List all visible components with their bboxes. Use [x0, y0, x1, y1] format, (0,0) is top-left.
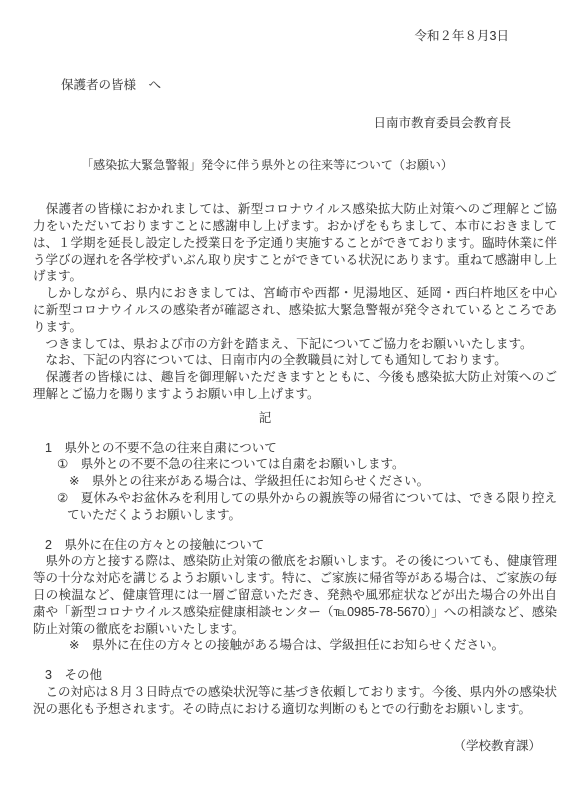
document-title: 「感染拡大緊急警報」発令に伴う県外との往来等について（お願い）: [33, 157, 557, 174]
body-paragraph: つきましては、県および市の方針を踏まえ、下記についてご協力をお願いいたします。: [33, 336, 557, 353]
ki-marker: 記: [33, 410, 557, 427]
scanned-letter-page: 令和２年８月3日 保護者の皆様 へ 日南市教育委員会教育長 「感染拡大緊急警報」…: [33, 28, 557, 754]
body-paragraphs-container: 保護者の皆様におかれましては、新型コロナウイルス感染拡大防止対策へのご理解とご協…: [33, 201, 557, 403]
salutation: 保護者の皆様 へ: [33, 77, 557, 94]
body-paragraph: 保護者の皆様におかれましては、新型コロナウイルス感染拡大防止対策へのご理解とご協…: [33, 201, 557, 285]
date-line: 令和２年８月3日: [33, 28, 557, 45]
sections-container: 1 県外との不要不急の往来自粛について① 県外との不要不急の往来については自粛を…: [33, 440, 557, 718]
section: 3 その他 この対応は８月３日時点での感染状況等に基づき依頼しております。今後、…: [33, 667, 557, 717]
section-item-numbered: ① 県外との不要不急の往来については自粛をお願いします。: [33, 456, 557, 473]
section-item-paragraph: この対応は８月３日時点での感染状況等に基づき依頼しております。今後、県内外の感染…: [33, 684, 557, 718]
section: 2 県外に在住の方々との接触について 県外の方と接する際は、感染防止対策の徹底を…: [33, 537, 557, 655]
sender-line: 日南市教育委員会教育長: [33, 115, 557, 132]
section-item-note: ※ 県外に在住の方々との接触がある場合は、学級担任にお知らせください。: [33, 637, 557, 654]
section: 1 県外との不要不急の往来自粛について① 県外との不要不急の往来については自粛を…: [33, 440, 557, 524]
section-item-paragraph: 県外の方と接する際は、感染防止対策の徹底をお願いします。その後についても、健康管…: [33, 553, 557, 637]
section-heading: 2 県外に在住の方々との接触について: [33, 537, 557, 554]
section-heading: 1 県外との不要不急の往来自粛について: [33, 440, 557, 457]
section-item-note: ※ 県外との往来がある場合は、学級担任にお知らせください。: [33, 473, 557, 490]
body-paragraph: なお、下記の内容については、日南市内の全教職員に対しても通知しております。: [33, 352, 557, 369]
body-paragraph: 保護者の皆様には、趣旨を御理解いただきますとともに、今後も感染拡大防止対策へのご…: [33, 369, 557, 403]
section-heading: 3 その他: [33, 667, 557, 684]
section-item-numbered: ② 夏休みやお盆休みを利用しての県外からの親族等の帰省については、できる限り控え…: [33, 490, 557, 524]
body-paragraph: しかしながら、県内におきましては、宮崎市や西都・児湯地区、延岡・西臼杵地区を中心…: [33, 285, 557, 335]
footer-department: （学校教育課）: [33, 738, 557, 755]
